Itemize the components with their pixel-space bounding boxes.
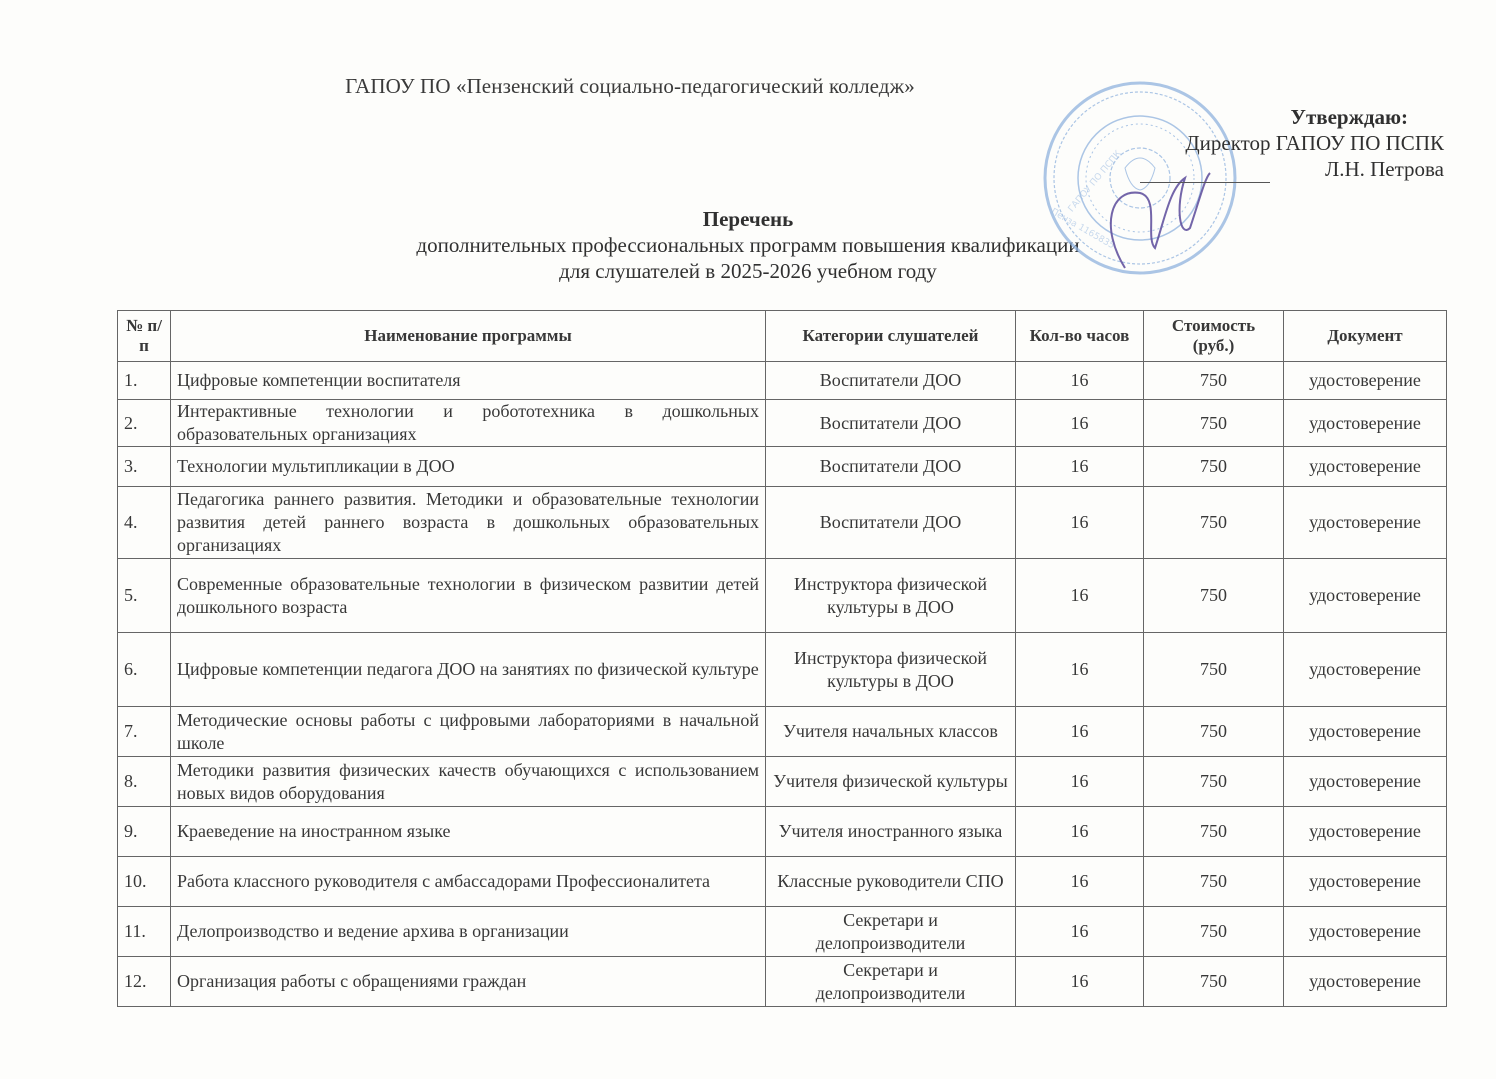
cost-value: 750 xyxy=(1144,633,1284,707)
cost-value: 750 xyxy=(1144,857,1284,907)
hours-count: 16 xyxy=(1016,400,1144,447)
column-header-category: Категории слушателей xyxy=(766,311,1016,362)
listener-category: Классные руководители СПО xyxy=(766,857,1016,907)
document-type: удостоверение xyxy=(1284,907,1447,957)
listener-category: Учителя физической культуры xyxy=(766,757,1016,807)
listener-category: Учителя начальных классов xyxy=(766,707,1016,757)
hours-count: 16 xyxy=(1016,559,1144,633)
cost-value: 750 xyxy=(1144,447,1284,487)
table-row: 12.Организация работы с обращениями граж… xyxy=(118,957,1447,1007)
document-type: удостоверение xyxy=(1284,400,1447,447)
column-header-program-name: Наименование программы xyxy=(171,311,766,362)
row-number: 12. xyxy=(118,957,171,1007)
row-number: 6. xyxy=(118,633,171,707)
program-name: Работа классного руководителя с амбассад… xyxy=(171,857,766,907)
listener-category: Инструктора физической культуры в ДОО xyxy=(766,633,1016,707)
document-type: удостоверение xyxy=(1284,362,1447,400)
table-row: 6.Цифровые компетенции педагога ДОО на з… xyxy=(118,633,1447,707)
program-name: Современные образовательные технологии в… xyxy=(171,559,766,633)
column-header-hours: Кол-во часов xyxy=(1016,311,1144,362)
row-number: 1. xyxy=(118,362,171,400)
listener-category: Воспитатели ДОО xyxy=(766,447,1016,487)
table-row: 10.Работа классного руководителя с амбас… xyxy=(118,857,1447,907)
cost-value: 750 xyxy=(1144,400,1284,447)
hours-count: 16 xyxy=(1016,633,1144,707)
document-type: удостоверение xyxy=(1284,957,1447,1007)
cost-value: 750 xyxy=(1144,559,1284,633)
listener-category: Воспитатели ДОО xyxy=(766,487,1016,559)
listener-category: Воспитатели ДОО xyxy=(766,362,1016,400)
organization-title: ГАПОУ ПО «Пензенский социально-педагогич… xyxy=(0,74,1260,99)
row-number: 2. xyxy=(118,400,171,447)
table-header-row: № п/п Наименование программы Категории с… xyxy=(118,311,1447,362)
hours-count: 16 xyxy=(1016,362,1144,400)
program-name: Цифровые компетенции педагога ДОО на зан… xyxy=(171,633,766,707)
row-number: 9. xyxy=(118,807,171,857)
document-heading: Перечень дополнительных профессиональных… xyxy=(0,206,1496,284)
approval-position: Директор ГАПОУ ПО ПСПК xyxy=(1185,130,1444,156)
cost-value: 750 xyxy=(1144,907,1284,957)
program-name: Технологии мультипликации в ДОО xyxy=(171,447,766,487)
table-row: 9.Краеведение на иностранном языкеУчител… xyxy=(118,807,1447,857)
cost-value: 750 xyxy=(1144,362,1284,400)
document-subtitle-line1: дополнительных профессиональных программ… xyxy=(0,232,1496,258)
row-number: 5. xyxy=(118,559,171,633)
table-row: 1.Цифровые компетенции воспитателяВоспит… xyxy=(118,362,1447,400)
svg-text:ГАПОУ ПО ПСПК: ГАПОУ ПО ПСПК xyxy=(1067,149,1124,215)
table-row: 7.Методические основы работы с цифровыми… xyxy=(118,707,1447,757)
table-row: 3.Технологии мультипликации в ДООВоспита… xyxy=(118,447,1447,487)
program-name: Цифровые компетенции воспитателя xyxy=(171,362,766,400)
hours-count: 16 xyxy=(1016,757,1144,807)
cost-value: 750 xyxy=(1144,757,1284,807)
program-name: Методики развития физических качеств обу… xyxy=(171,757,766,807)
row-number: 10. xyxy=(118,857,171,907)
document-type: удостоверение xyxy=(1284,857,1447,907)
document-type: удостоверение xyxy=(1284,559,1447,633)
table-row: 4.Педагогика раннего развития. Методики … xyxy=(118,487,1447,559)
signature-line xyxy=(1140,182,1270,183)
listener-category: Секретари и делопроизводители xyxy=(766,907,1016,957)
table-row: 2.Интерактивные технологии и робототехни… xyxy=(118,400,1447,447)
approval-label: Утверждаю: xyxy=(1185,104,1408,130)
program-name: Методические основы работы с цифровыми л… xyxy=(171,707,766,757)
table-row: 5.Современные образовательные технологии… xyxy=(118,559,1447,633)
cost-value: 750 xyxy=(1144,957,1284,1007)
table-row: 8.Методики развития физических качеств о… xyxy=(118,757,1447,807)
hours-count: 16 xyxy=(1016,807,1144,857)
document-type: удостоверение xyxy=(1284,757,1447,807)
listener-category: Воспитатели ДОО xyxy=(766,400,1016,447)
hours-count: 16 xyxy=(1016,707,1144,757)
column-header-number: № п/п xyxy=(118,311,171,362)
document-type: удостоверение xyxy=(1284,807,1447,857)
table-row: 11.Делопроизводство и ведение архива в о… xyxy=(118,907,1447,957)
cost-value: 750 xyxy=(1144,807,1284,857)
cost-value: 750 xyxy=(1144,707,1284,757)
listener-category: Учителя иностранного языка xyxy=(766,807,1016,857)
approval-signatory: Л.Н. Петрова xyxy=(1185,156,1444,182)
document-subtitle-line2: для слушателей в 2025-2026 учебном году xyxy=(0,258,1496,284)
listener-category: Инструктора физической культуры в ДОО xyxy=(766,559,1016,633)
program-name: Интерактивные технологии и робототехника… xyxy=(171,400,766,447)
programs-table: № п/п Наименование программы Категории с… xyxy=(117,310,1447,1007)
hours-count: 16 xyxy=(1016,857,1144,907)
program-name: Организация работы с обращениями граждан xyxy=(171,957,766,1007)
program-name: Краеведение на иностранном языке xyxy=(171,807,766,857)
program-name: Делопроизводство и ведение архива в орга… xyxy=(171,907,766,957)
row-number: 3. xyxy=(118,447,171,487)
column-header-cost: Стоимость (руб.) xyxy=(1144,311,1284,362)
column-header-document: Документ xyxy=(1284,311,1447,362)
approval-block: Утверждаю: Директор ГАПОУ ПО ПСПК Л.Н. П… xyxy=(1185,104,1444,182)
hours-count: 16 xyxy=(1016,957,1144,1007)
hours-count: 16 xyxy=(1016,907,1144,957)
listener-category: Секретари и делопроизводители xyxy=(766,957,1016,1007)
document-title: Перечень xyxy=(0,206,1496,232)
document-type: удостоверение xyxy=(1284,633,1447,707)
hours-count: 16 xyxy=(1016,487,1144,559)
hours-count: 16 xyxy=(1016,447,1144,487)
document-type: удостоверение xyxy=(1284,707,1447,757)
row-number: 7. xyxy=(118,707,171,757)
document-type: удостоверение xyxy=(1284,487,1447,559)
row-number: 11. xyxy=(118,907,171,957)
program-name: Педагогика раннего развития. Методики и … xyxy=(171,487,766,559)
document-type: удостоверение xyxy=(1284,447,1447,487)
row-number: 8. xyxy=(118,757,171,807)
row-number: 4. xyxy=(118,487,171,559)
cost-value: 750 xyxy=(1144,487,1284,559)
